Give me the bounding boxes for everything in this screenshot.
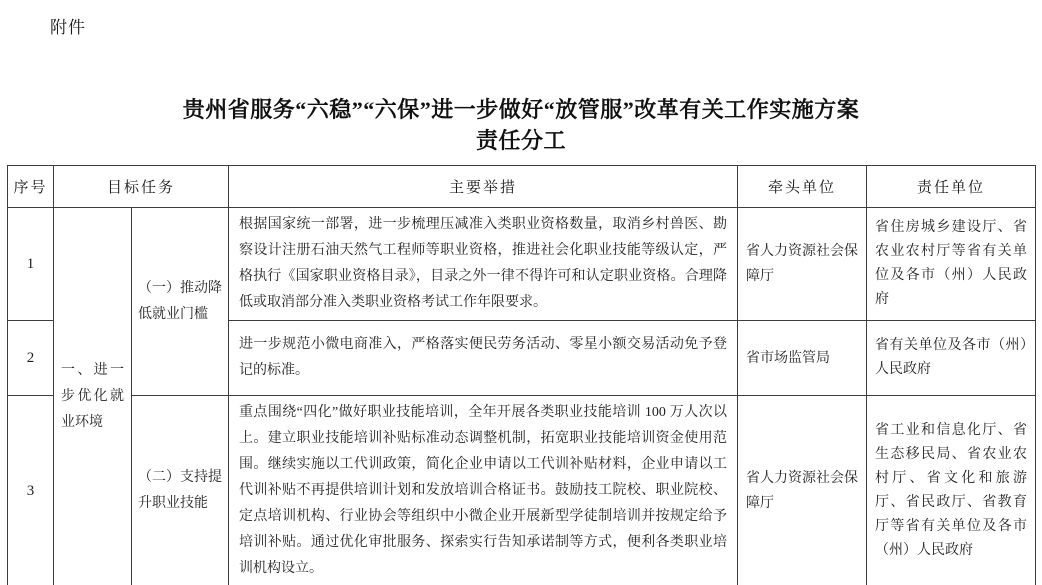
header-lead-unit: 牵头单位 (738, 166, 867, 208)
header-index: 序号 (8, 166, 54, 208)
document-title-line1: 贵州省服务“六稳”“六保”进一步做好“放管服”改革有关工作实施方案 (0, 94, 1042, 125)
cell-index: 2 (8, 321, 54, 396)
header-responsible-unit: 责任单位 (867, 166, 1036, 208)
cell-responsible-unit: 省住房城乡建设厅、省农业农村厅等省有关单位及各市（州）人民政府 (867, 208, 1036, 321)
cell-measure: 重点围绕“四化”做好职业技能培训，全年开展各类职业技能培训 100 万人次以上。… (229, 396, 738, 585)
cell-sub-task: （一）推动降低就业门槛 (132, 208, 229, 396)
header-task: 目标任务 (54, 166, 229, 208)
responsibility-table: 序号 目标任务 主要举措 牵头单位 责任单位 1 一、进一步优化就业环境 （一）… (7, 165, 1036, 585)
document-title: 贵州省服务“六稳”“六保”进一步做好“放管服”改革有关工作实施方案 责任分工 (0, 94, 1042, 156)
table-row: 3 （二）支持提升职业技能 重点围绕“四化”做好职业技能培训，全年开展各类职业技… (8, 396, 1036, 585)
cell-sub-task: （二）支持提升职业技能 (132, 396, 229, 585)
document-title-line2: 责任分工 (0, 125, 1042, 156)
cell-lead-unit: 省人力资源社会保障厅 (738, 396, 867, 585)
cell-measure: 进一步规范小微电商准入，严格落实便民劳务活动、零星小额交易活动免予登记的标准。 (229, 321, 738, 396)
cell-measure: 根据国家统一部署，进一步梳理压减准入类职业资格数量，取消乡村兽医、勘察设计注册石… (229, 208, 738, 321)
attachment-label: 附件 (50, 13, 86, 38)
header-measures: 主要举措 (229, 166, 738, 208)
cell-lead-unit: 省市场监管局 (738, 321, 867, 396)
table-header-row: 序号 目标任务 主要举措 牵头单位 责任单位 (8, 166, 1036, 208)
cell-index: 1 (8, 208, 54, 321)
cell-task-group: 一、进一步优化就业环境 (54, 208, 132, 585)
cell-responsible-unit: 省工业和信息化厅、省生态移民局、省农业农村厅、省文化和旅游厅、省民政厅、省教育厅… (867, 396, 1036, 585)
cell-lead-unit: 省人力资源社会保障厅 (738, 208, 867, 321)
document-page: 附件 贵州省服务“六稳”“六保”进一步做好“放管服”改革有关工作实施方案 责任分… (0, 0, 1042, 585)
cell-index: 3 (8, 396, 54, 585)
cell-responsible-unit: 省有关单位及各市（州）人民政府 (867, 321, 1036, 396)
table-row: 1 一、进一步优化就业环境 （一）推动降低就业门槛 根据国家统一部署，进一步梳理… (8, 208, 1036, 321)
